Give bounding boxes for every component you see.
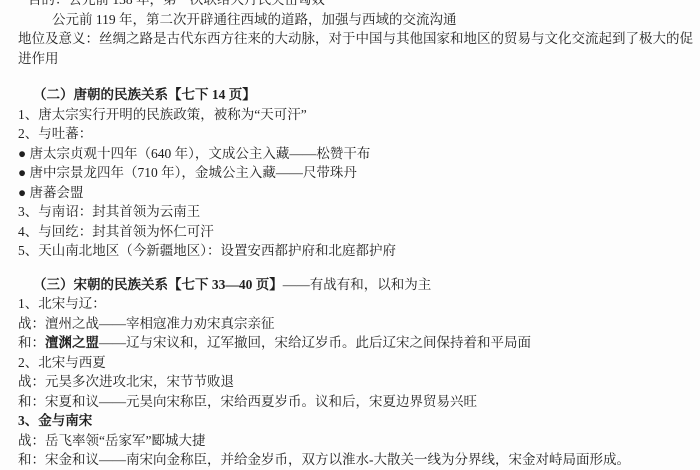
document-page: 目的：公元前 138 年，第一次联络大月氏夹击匈奴 公元前 119 年，第二次开…	[0, 0, 700, 460]
tang-huihe-line: 4、与回纥：封其首领为怀仁可汗	[18, 222, 692, 242]
liao-peace-rest: ——辽与宋议和，辽军撤回，宋给辽岁币。此后辽宋之间保持着和平局面	[99, 335, 531, 350]
intro-goal-line: 目的：公元前 138 年，第一次联络大月氏夹击匈奴	[18, 0, 692, 10]
tang-bullet-huimeng-line: ● 唐蕃会盟	[18, 183, 692, 203]
song-jin-title-line: 3、金与南宋	[18, 411, 692, 431]
song-jin-war-line: 战：岳飞率领“岳家军”郾城大捷	[18, 431, 692, 451]
song-jin-peace-line: 和：宋金和议——南宋向金称臣，并给金岁币，双方以淮水-大散关一线为分界线，宋金对…	[18, 450, 692, 470]
tang-tianshan-line: 5、天山南北地区（今新疆地区）：设置安西都护府和北庭都护府	[18, 241, 692, 261]
tang-nanzhao-line: 3、与南诏：封其首领为云南王	[18, 202, 692, 222]
intro-significance-cont-line: 进作用	[18, 49, 692, 69]
tang-bullet-wencheng-line: ● 唐太宗贞观十四年（640 年），文成公主入藏——松赞干布	[18, 144, 692, 164]
song-liao-peace-line: 和：澶渊之盟——辽与宋议和，辽军撤回，宋给辽岁币。此后辽宋之间保持着和平局面	[18, 333, 692, 353]
song-section-heading: （三）宋朝的民族关系【七下 33—40 页】——有战有和，以和为主	[18, 275, 692, 295]
tang-tubo-line: 2、与吐蕃：	[18, 124, 692, 144]
tang-section-heading: （二）唐朝的民族关系【七下 14 页】	[18, 85, 692, 105]
song-xixia-title-line: 2、北宋与西夏	[18, 353, 692, 373]
liao-peace-prefix: 和：	[18, 335, 45, 350]
song-heading-main: （三）宋朝的民族关系【七下 33—40 页】	[33, 277, 283, 292]
song-liao-title-line: 1、北宋与辽：	[18, 294, 692, 314]
song-heading-suffix: ——有战有和，以和为主	[283, 277, 432, 292]
song-xixia-peace-line: 和：宋夏和议——元昊向宋称臣，宋给西夏岁币。议和后，宋夏边界贸易兴旺	[18, 392, 692, 412]
song-xixia-war-line: 战：元昊多次进攻北宋，宋节节败退	[18, 372, 692, 392]
intro-second-mission-line: 公元前 119 年，第二次开辟通往西域的道路，加强与西域的交流沟通	[18, 10, 692, 30]
intro-significance-line: 地位及意义：丝绸之路是古代东西方往来的大动脉，对于中国与其他国家和地区的贸易与文…	[18, 29, 692, 49]
song-liao-war-line: 战：澶州之战——宰相寇准力劝宋真宗亲征	[18, 314, 692, 334]
tang-tiankehan-line: 1、唐太宗实行开明的民族政策，被称为“天可汗”	[18, 105, 692, 125]
chanyuan-alliance-term: 澶渊之盟	[45, 335, 99, 350]
tang-bullet-jincheng-line: ● 唐中宗景龙四年（710 年），金城公主入藏——尺带珠丹	[18, 163, 692, 183]
